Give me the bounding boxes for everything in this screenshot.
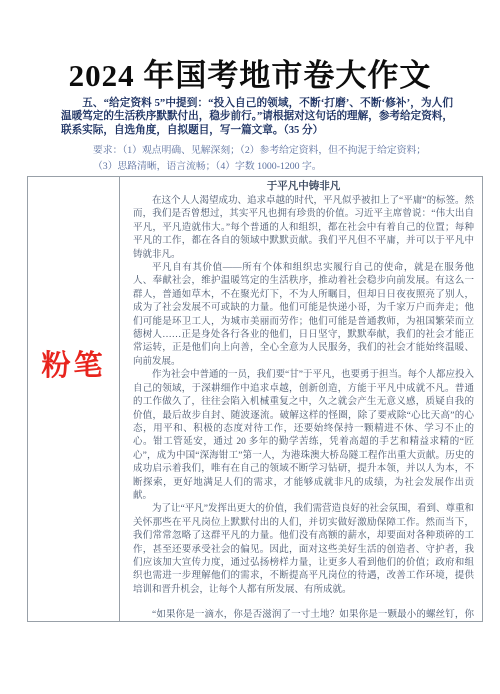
essay-paragraph-5: “如果你是一滴水，你是否滋润了一寸土地？如果你是一颗最小的螺丝钉，你是否永远坚守… — [133, 603, 474, 621]
essay-paragraph-4: 为了让“平凡”发挥出更大的价值，我们需营造良好的社会氛围，看到、尊重和关怀那些在… — [133, 503, 474, 597]
essay-box: 粉笔 于平凡中铸非凡 在这个人人渴望成功、追求卓越的时代，平凡似乎被扣上了“平庸… — [27, 176, 483, 622]
essay-column: 于平凡中铸非凡 在这个人人渴望成功、追求卓越的时代，平凡似乎被扣上了“平庸”的标… — [120, 177, 482, 621]
requirements-block: 要求：（1）观点明确、见解深刻；（2）参考给定资料，但不拘泥于给定资料； （3）… — [61, 143, 453, 174]
document-page: 2024 年国考地市卷大作文 五、“给定资料 5”中提到：“投入自己的领域，不断… — [0, 0, 500, 694]
brand-column: 粉笔 — [28, 177, 120, 621]
requirements-line-1: 要求：（1）观点明确、见解深刻；（2）参考给定资料，但不拘泥于给定资料； — [93, 143, 453, 159]
exam-prompt: 五、“给定资料 5”中提到：“投入自己的领域，不断‘打磨’、不断‘修补’，为人们… — [61, 97, 453, 174]
fenbi-logo: 粉笔 — [28, 343, 119, 384]
essay-paragraph-2: 平凡自有其价值——所有个体和组织忠实履行自己的使命，就是在服务他人、奉献社会，维… — [133, 262, 474, 369]
requirements-line-2: （3）思路清晰，语言流畅；（4）字数 1000-1200 字。 — [93, 159, 453, 175]
question-text: 五、“给定资料 5”中提到：“投入自己的领域，不断‘打磨’、不断‘修补’，为人们… — [61, 97, 453, 137]
essay-paragraph-1: 在这个人人渴望成功、追求卓越的时代，平凡似乎被扣上了“平庸”的标签。然而，我们是… — [133, 195, 474, 262]
essay-paragraph-3: 作为社会中普通的一员，我们要“甘”于平凡，也要勇于担当。每个人都应投入自己的领域… — [133, 369, 474, 503]
essay-title: 于平凡中铸非凡 — [133, 180, 474, 193]
document-title: 2024 年国考地市卷大作文 — [0, 50, 500, 95]
